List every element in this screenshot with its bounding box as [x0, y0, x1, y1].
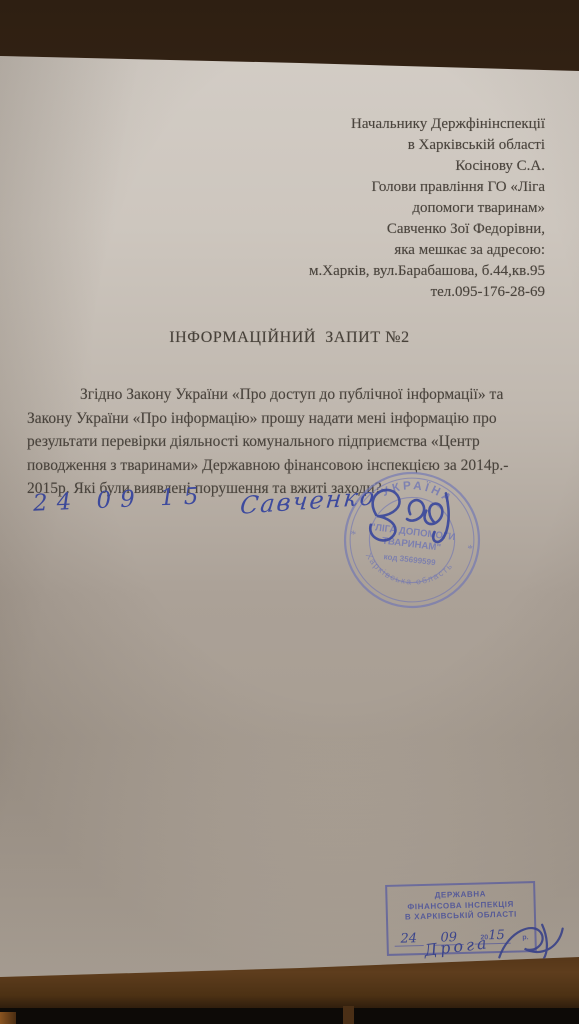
recipient-line: Савченко Зої Федорівни, — [309, 219, 545, 240]
recipient-line: тел.095-176-28-69 — [309, 282, 545, 303]
stamp-date-day: 24 — [400, 931, 417, 946]
photo-background: Начальнику Держфінінспекції в Харківські… — [0, 0, 579, 1024]
floor-shadow — [0, 1008, 579, 1024]
recipient-line: м.Харків, вул.Барабашова, б.44,кв.95 — [309, 261, 545, 282]
body-line: поводження з тваринами» Державною фінанс… — [27, 454, 572, 478]
body-line: Закону України «Про інформацію» прошу на… — [27, 407, 572, 431]
recipient-line: допомоги тваринам» — [309, 198, 545, 219]
recipient-line: Начальнику Держфінінспекції — [309, 114, 545, 135]
recipient-line: в Харківській області — [309, 135, 545, 156]
body-line: результати перевірки діяльності комуналь… — [27, 430, 572, 454]
recipient-line: Косінову С.А. — [309, 156, 545, 177]
document-title: ІНФОРМАЦІЙНИЙ ЗАПИТ №2 — [0, 329, 579, 347]
recipient-block: Начальнику Держфінінспекції в Харківські… — [309, 114, 545, 303]
recipient-line: Голови правління ГО «Ліга — [309, 177, 545, 198]
recipient-line: яка мешкає за адресою: — [309, 240, 545, 261]
stamp-overlay-signature — [344, 472, 467, 566]
table-leg — [343, 1006, 354, 1024]
floor-highlight — [0, 1012, 16, 1024]
body-line: Згідно Закону України «Про доступ до пуб… — [27, 383, 572, 407]
paper-document: Начальнику Держфінінспекції в Харківські… — [0, 0, 579, 1024]
